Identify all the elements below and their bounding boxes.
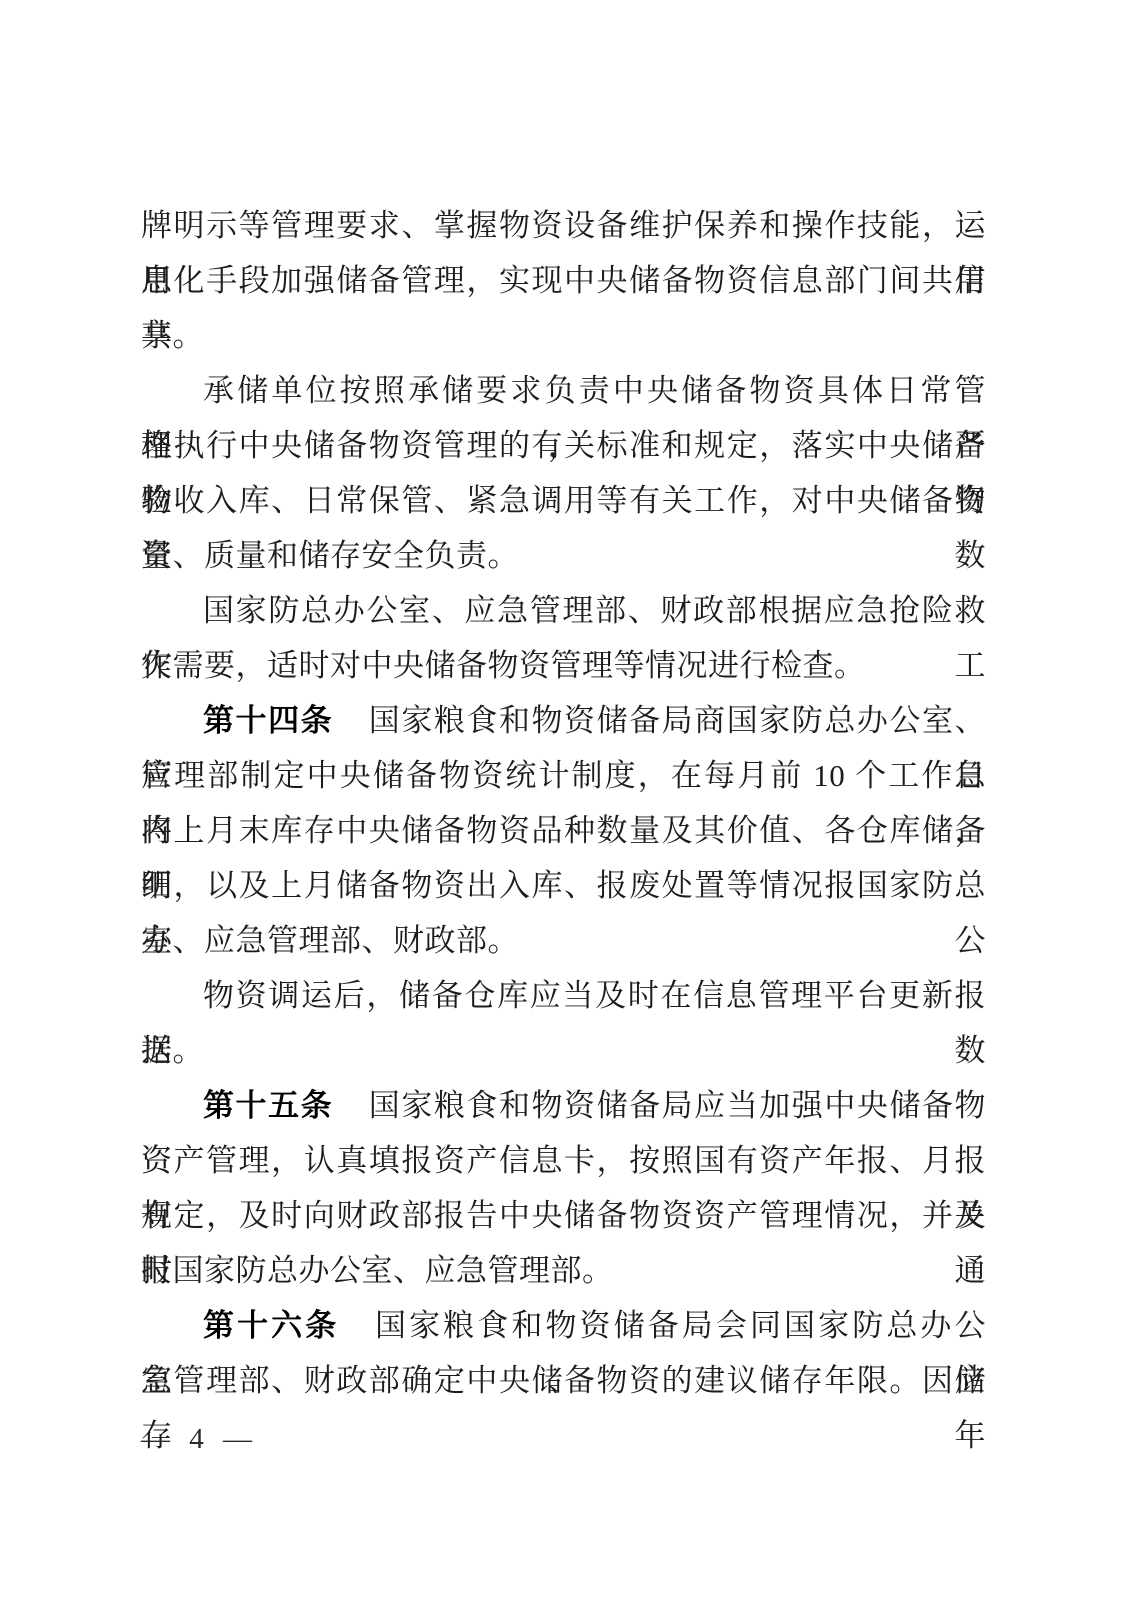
paragraph: 物资调运后，储备仓库应当及时在信息管理平台更新报送数据。	[141, 968, 986, 1078]
text-line: 第十四条国家粮食和物资储备局商国家防总办公室、应急	[141, 693, 986, 748]
text-line: 作需要，适时对中央储备物资管理等情况进行检查。	[141, 638, 986, 693]
text-line: 资产管理，认真填报资产信息卡，按照国有资产年报、月报有关	[141, 1133, 986, 1188]
text-line: 第十五条国家粮食和物资储备局应当加强中央储备物资	[141, 1078, 986, 1133]
text-line: 格执行中央储备物资管理的有关标准和规定，落实中央储备物资	[141, 418, 986, 473]
article-number: 第十四条	[203, 703, 333, 738]
paragraph: 第十五条国家粮食和物资储备局应当加强中央储备物资资产管理，认真填报资产信息卡，按…	[141, 1078, 986, 1298]
text-line: 牌明示等管理要求、掌握物资设备维护保养和操作技能，运用信	[141, 198, 986, 253]
text-line: 细，以及上月储备物资出入库、报废处置等情况报国家防总办公	[141, 858, 986, 913]
paragraph: 牌明示等管理要求、掌握物资设备维护保养和操作技能，运用信息化手段加强储备管理，实…	[141, 198, 986, 363]
document-body: 牌明示等管理要求、掌握物资设备维护保养和操作技能，运用信息化手段加强储备管理，实…	[141, 198, 986, 1408]
text-line: 急管理部、财政部确定中央储备物资的建议储存年限。因储存年	[141, 1353, 986, 1408]
text-line: 承储单位按照承储要求负责中央储备物资具体日常管理，严	[141, 363, 986, 418]
article-number: 第十六条	[203, 1308, 339, 1343]
text-line: 物资调运后，储备仓库应当及时在信息管理平台更新报送数	[141, 968, 986, 1023]
text-line: 管理部制定中央储备物资统计制度，在每月前 10 个工作日内，	[141, 748, 986, 803]
paragraph: 承储单位按照承储要求负责中央储备物资具体日常管理，严格执行中央储备物资管理的有关…	[141, 363, 986, 583]
text-line: 息化手段加强储备管理，实现中央储备物资信息部门间共用共	[141, 253, 986, 308]
text-line: 规定，及时向财政部报告中央储备物资资产管理情况，并及时通	[141, 1188, 986, 1243]
text-line: 将上月末库存中央储备物资品种数量及其价值、各仓库储备明	[141, 803, 986, 858]
paragraph: 第十四条国家粮食和物资储备局商国家防总办公室、应急管理部制定中央储备物资统计制度…	[141, 693, 986, 968]
page-number: — 4 —	[141, 1415, 258, 1463]
document-page: 牌明示等管理要求、掌握物资设备维护保养和操作技能，运用信息化手段加强储备管理，实…	[0, 0, 1131, 1600]
text-line: 验收入库、日常保管、紧急调用等有关工作，对中央储备物资数	[141, 473, 986, 528]
paragraphs: 牌明示等管理要求、掌握物资设备维护保养和操作技能，运用信息化手段加强储备管理，实…	[141, 198, 986, 1408]
text-line: 国家防总办公室、应急管理部、财政部根据应急抢险救灾工	[141, 583, 986, 638]
text-line: 享。	[141, 308, 986, 363]
paragraph: 国家防总办公室、应急管理部、财政部根据应急抢险救灾工作需要，适时对中央储备物资管…	[141, 583, 986, 693]
text-line: 第十六条国家粮食和物资储备局会同国家防总办公室、应	[141, 1298, 986, 1353]
paragraph: 第十六条国家粮食和物资储备局会同国家防总办公室、应急管理部、财政部确定中央储备物…	[141, 1298, 986, 1408]
article-number: 第十五条	[203, 1088, 333, 1123]
